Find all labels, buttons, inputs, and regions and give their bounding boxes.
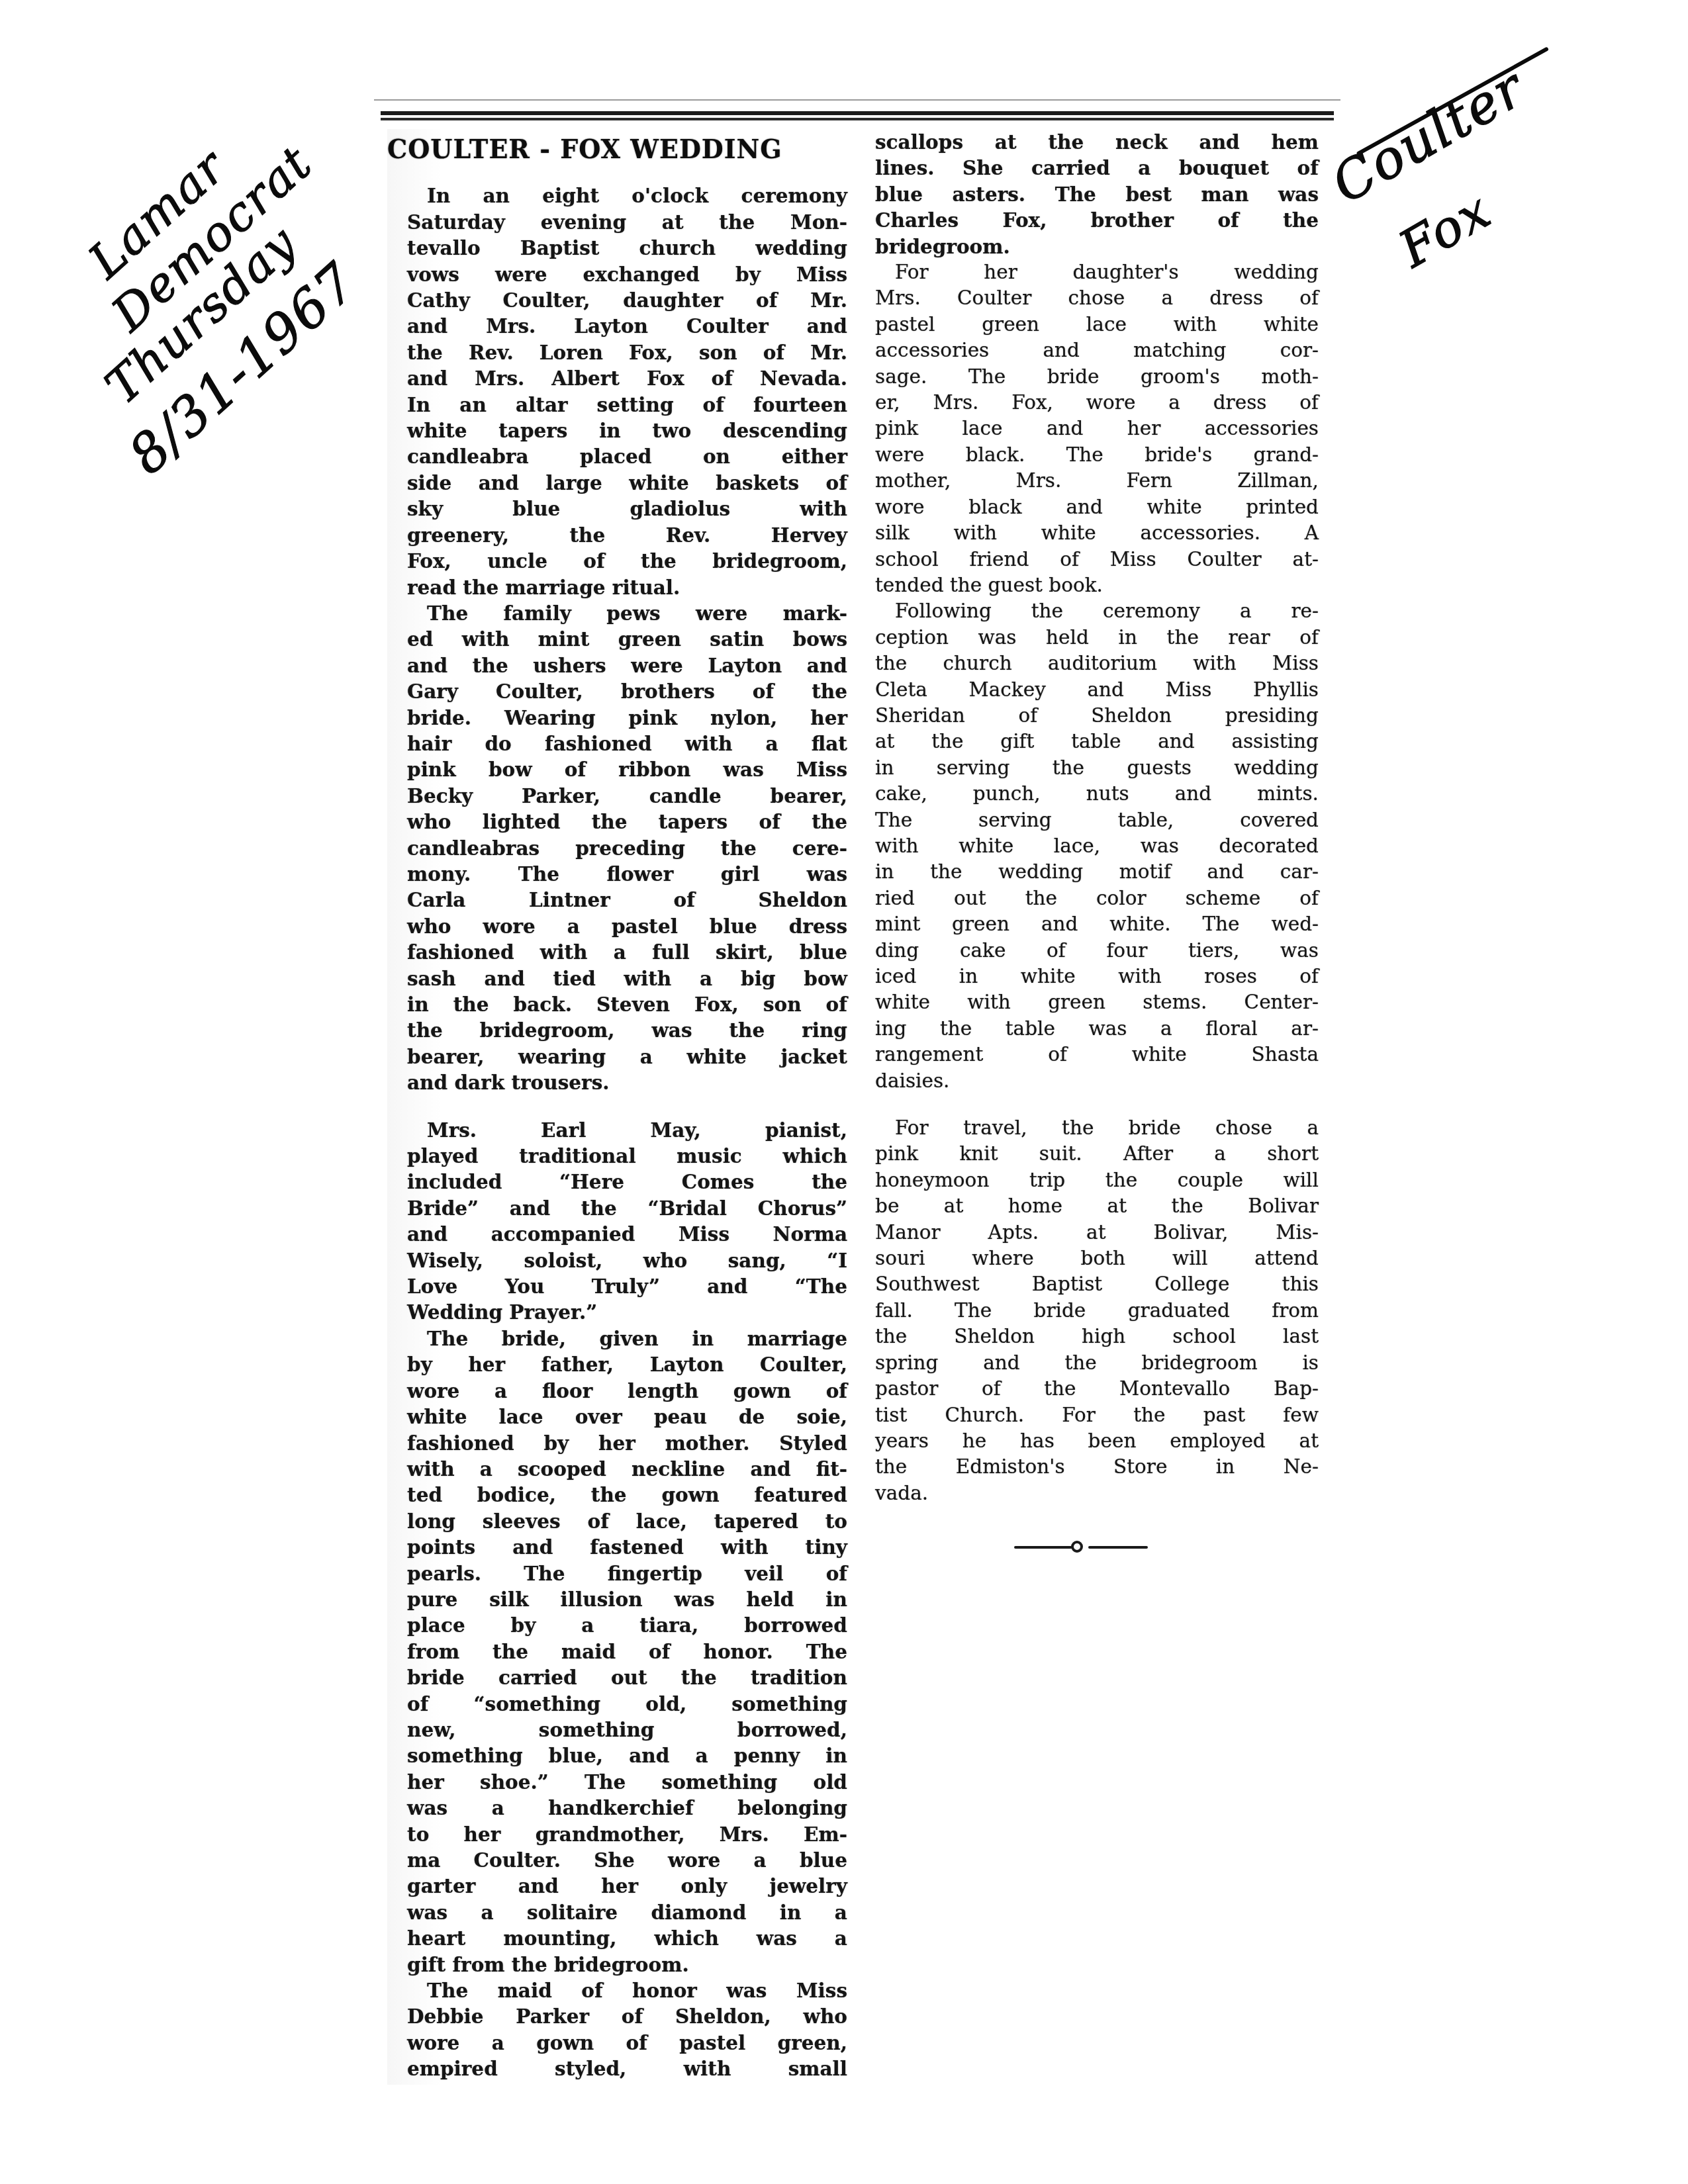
article-line: pastor of the Montevallo Bap- (855, 1376, 1319, 1402)
article-line: The maid of honor was Miss (387, 1978, 847, 2003)
article-line: Gary Coulter, brothers of the (387, 678, 847, 704)
article-line: heart mounting, which was a (387, 1925, 847, 1951)
article-line: pearls. The fingertip veil of (387, 1561, 847, 1586)
article-line: by her father, Layton Coulter, (387, 1351, 847, 1377)
article-line: school friend of Miss Coulter at- (855, 547, 1319, 572)
article-line: were black. The bride's grand- (855, 442, 1319, 468)
article-line: place by a tiara, borrowed (387, 1612, 847, 1638)
newspaper-clipping: COULTER - FOX WEDDING In an eight o'cloc… (374, 99, 1340, 2111)
article-line: greenery, the Rev. Hervey (387, 522, 847, 548)
article-line: pure silk illusion was held in (387, 1586, 847, 1612)
article-line: Cleta Mackey and Miss Phyllis (855, 677, 1319, 703)
handwritten-source-note: Lamar Democrat Thursday 8/31-1967 (99, 73, 377, 443)
article-line: side and large white baskets of (387, 470, 847, 496)
article-line: fashioned by her mother. Styled (387, 1430, 847, 1456)
article-line: in the wedding motif and car- (855, 859, 1319, 885)
article-line: The serving table, covered (855, 807, 1319, 833)
article-line: ed with mint green satin bows (387, 626, 847, 652)
article-line: mother, Mrs. Fern Zillman, (855, 468, 1319, 494)
ornament-rule-right (1088, 1546, 1148, 1549)
article-line: candleabra placed on either (387, 443, 847, 469)
article-line: er, Mrs. Fox, wore a dress of (855, 390, 1319, 416)
article-paragraph: The family pews were mark-ed with mint g… (387, 600, 847, 1096)
article-line: blue asters. The best man was (855, 181, 1319, 207)
article-line: included “Here Comes the (387, 1169, 847, 1195)
article-line: fashioned with a full skirt, blue (387, 939, 847, 965)
article-line: pink knit suit. After a short (855, 1141, 1319, 1167)
article-paragraph: scallops at the neck and hemlines. She c… (855, 129, 1319, 259)
article-headline: COULTER - FOX WEDDING (387, 135, 847, 162)
article-line: The family pews were mark- (387, 600, 847, 626)
article-line: and the ushers were Layton and (387, 653, 847, 678)
article-line: fall. The bride graduated from (855, 1298, 1319, 1324)
article-line: In an eight o'clock ceremony (387, 183, 847, 208)
article-line: pastel green lace with white (855, 312, 1319, 338)
article-line: be at home at the Bolivar (855, 1193, 1319, 1219)
column-rule-top (381, 111, 1334, 120)
article-line: Mrs. Coulter chose a dress of (855, 285, 1319, 311)
article-column-left: COULTER - FOX WEDDING In an eight o'cloc… (387, 129, 847, 2085)
left-column-body: In an eight o'clock ceremonySaturday eve… (387, 183, 847, 2081)
article-line: For her daughter's wedding (855, 259, 1319, 285)
article-line: Mrs. Earl May, pianist, (387, 1117, 847, 1143)
article-line: Following the ceremony a re- (855, 598, 1319, 624)
article-line: at the gift table and assisting (855, 729, 1319, 754)
article-line: Fox, uncle of the bridegroom, (387, 548, 847, 574)
article-line: Debbie Parker of Sheldon, who (387, 2003, 847, 2029)
article-line: ma Coulter. She wore a blue (387, 1847, 847, 1873)
article-line: The bride, given in marriage (387, 1326, 847, 1351)
article-line: read the marriage ritual. (387, 574, 847, 600)
article-paragraph: The bride, given in marriageby her fathe… (387, 1326, 847, 1978)
article-line: Carla Lintner of Sheldon (387, 887, 847, 913)
article-line: lines. She carried a bouquet of (855, 155, 1319, 181)
article-line: bride. Wearing pink nylon, her (387, 705, 847, 731)
handwritten-surname-coulter: Coulter (1324, 61, 1533, 212)
article-line: Wisely, soloist, who sang, “I (387, 1248, 847, 1273)
right-column-body: scallops at the neck and hemlines. She c… (855, 129, 1319, 1506)
article-line: accessories and matching cor- (855, 338, 1319, 363)
article-line: spring and the bridegroom is (855, 1350, 1319, 1376)
article-line: sky blue gladiolus with (387, 496, 847, 522)
article-paragraph: In an eight o'clock ceremonySaturday eve… (387, 183, 847, 600)
article-line: was a solitaire diamond in a (387, 1899, 847, 1925)
article-line: ception was held in the rear of (855, 625, 1319, 651)
article-line: with a scooped neckline and fit- (387, 1456, 847, 1482)
article-line: the Sheldon high school last (855, 1324, 1319, 1349)
article-line: sage. The bride groom's moth- (855, 364, 1319, 390)
article-line: daisies. (855, 1068, 1319, 1094)
article-line: pink bow of ribbon was Miss (387, 756, 847, 782)
ornament-rule-left (1014, 1546, 1072, 1549)
article-line: garter and her only jewelry (387, 1873, 847, 1899)
article-line: Charles Fox, brother of the (855, 207, 1319, 233)
article-line: with white lace, was decorated (855, 833, 1319, 859)
article-line: wore a floor length gown of (387, 1378, 847, 1404)
article-line: the bridegroom, was the ring (387, 1017, 847, 1043)
article-line: mony. The flower girl was (387, 861, 847, 887)
article-line: tist Church. For the past few (855, 1402, 1319, 1428)
article-line: In an altar setting of fourteen (387, 392, 847, 418)
article-line: something blue, and a penny in (387, 1743, 847, 1768)
article-line: sash and tied with a big bow (387, 966, 847, 991)
article-line: pink lace and her accessories (855, 416, 1319, 441)
ornament-ring-icon (1071, 1541, 1083, 1553)
article-line: of “something old, something (387, 1691, 847, 1717)
article-line: iced in white with roses of (855, 964, 1319, 989)
article-line: white with green stems. Center- (855, 989, 1319, 1015)
article-line: honeymoon trip the couple will (855, 1167, 1319, 1193)
clipping-cut-edge (374, 99, 1340, 101)
article-line: scallops at the neck and hem (855, 129, 1319, 155)
article-line: Manor Apts. at Bolivar, Mis- (855, 1220, 1319, 1246)
article-line: gift from the bridegroom. (387, 1952, 847, 1978)
article-line: Bride” and the “Bridal Chorus” (387, 1195, 847, 1221)
article-line: was a handkerchief belonging (387, 1795, 847, 1821)
article-line: Sheridan of Sheldon presiding (855, 703, 1319, 729)
article-line: Wedding Prayer.” (387, 1299, 847, 1325)
article-line: Becky Parker, candle bearer, (387, 783, 847, 809)
handwritten-family-names: Coulter Fox (1331, 53, 1556, 238)
article-line: years he has been employed at (855, 1428, 1319, 1454)
article-line: the church auditorium with Miss (855, 651, 1319, 676)
article-line: who wore a pastel blue dress (387, 913, 847, 939)
article-line: hair do fashioned with a flat (387, 731, 847, 756)
handwritten-surname-fox: Fox (1391, 185, 1499, 275)
article-line: in serving the guests wedding (855, 755, 1319, 781)
article-line: bearer, wearing a white jacket (387, 1044, 847, 1069)
article-line: ted bodice, the gown featured (387, 1482, 847, 1508)
article-line: Cathy Coulter, daughter of Mr. (387, 287, 847, 313)
article-line: the Edmiston's Store in Ne- (855, 1454, 1319, 1480)
article-line: and dark trousers. (387, 1069, 847, 1095)
article-line: silk with white accessories. A (855, 520, 1319, 546)
article-line: white tapers in two descending (387, 418, 847, 443)
article-line: new, something borrowed, (387, 1717, 847, 1743)
article-line: candleabras preceding the cere- (387, 835, 847, 861)
end-of-article-ornament (1014, 1539, 1147, 1555)
article-line: bridegroom. (855, 234, 1319, 259)
article-paragraph: For travel, the bride chose apink knit s… (855, 1115, 1319, 1506)
article-line: Love You Truly” and “The (387, 1273, 847, 1299)
article-line: from the maid of honor. The (387, 1639, 847, 1664)
article-line: souri where both will attend (855, 1246, 1319, 1271)
article-line: mint green and white. The wed- (855, 911, 1319, 937)
article-paragraph: Following the ceremony a re-ception was … (855, 598, 1319, 1094)
article-line: ding cake of four tiers, was (855, 938, 1319, 964)
article-line: vada. (855, 1480, 1319, 1506)
article-line: Saturday evening at the Mon- (387, 209, 847, 235)
article-line: the Rev. Loren Fox, son of Mr. (387, 340, 847, 365)
article-line: and Mrs. Albert Fox of Nevada. (387, 365, 847, 391)
article-paragraph: Mrs. Earl May, pianist,played traditiona… (387, 1117, 847, 1326)
article-line: her shoe.” The something old (387, 1769, 847, 1795)
article-line: tevallo Baptist church wedding (387, 235, 847, 261)
article-line: cake, punch, nuts and mints. (855, 781, 1319, 807)
article-line: in the back. Steven Fox, son of (387, 991, 847, 1017)
article-line: long sleeves of lace, tapered to (387, 1508, 847, 1534)
article-line: and accompanied Miss Norma (387, 1221, 847, 1247)
article-paragraph: For her daughter's weddingMrs. Coulter c… (855, 259, 1319, 598)
article-line: rangement of white Shasta (855, 1042, 1319, 1068)
article-line: For travel, the bride chose a (855, 1115, 1319, 1141)
article-line: bride carried out the tradition (387, 1664, 847, 1690)
article-line: who lighted the tapers of the (387, 809, 847, 835)
article-line: tended the guest book. (855, 572, 1319, 598)
article-line: and Mrs. Layton Coulter and (387, 313, 847, 339)
article-line: wore black and white printed (855, 494, 1319, 520)
article-line: played traditional music which (387, 1143, 847, 1169)
article-line: vows were exchanged by Miss (387, 261, 847, 287)
article-line: points and fastened with tiny (387, 1534, 847, 1560)
article-column-right: scallops at the neck and hemlines. She c… (855, 129, 1319, 1552)
article-line: wore a gown of pastel green, (387, 2030, 847, 2056)
article-line: to her grandmother, Mrs. Em- (387, 1821, 847, 1847)
article-paragraph: The maid of honor was MissDebbie Parker … (387, 1978, 847, 2082)
article-line: empired styled, with small (387, 2056, 847, 2081)
article-line: ried out the color scheme of (855, 886, 1319, 911)
article-line: white lace over peau de soie, (387, 1404, 847, 1430)
article-line: ing the table was a floral ar- (855, 1016, 1319, 1042)
article-line: Southwest Baptist College this (855, 1271, 1319, 1297)
